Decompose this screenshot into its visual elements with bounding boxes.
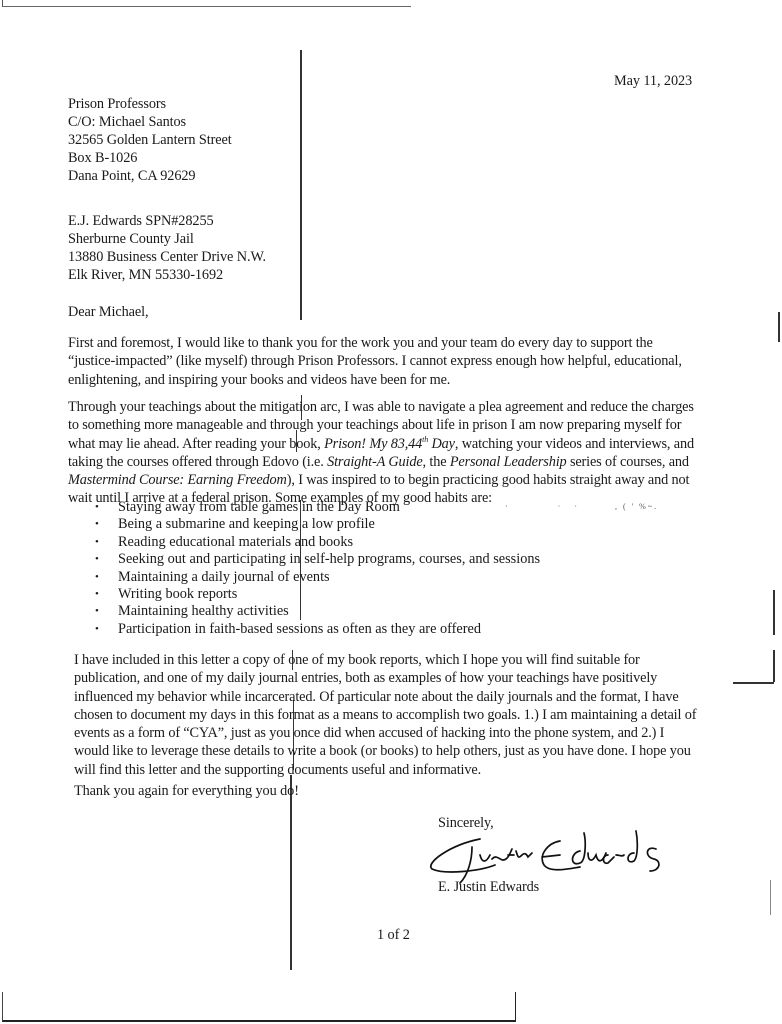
- paragraph-line: Through your teachings about the mitigat…: [68, 398, 694, 416]
- fold-line: [290, 775, 292, 970]
- paragraph-line: taking the courses offered through Edovo…: [68, 453, 694, 471]
- margin-mark: [773, 650, 775, 682]
- book-title: Prison! My 83,44th Day: [324, 436, 455, 452]
- paragraph-intro: First and foremost, I would like to than…: [68, 334, 682, 389]
- paragraph-teachings: Through your teachings about the mitigat…: [68, 398, 694, 508]
- course-title: Mastermind Course: Earning Freedom: [68, 472, 287, 488]
- list-item: •Maintaining a daily journal of events: [95, 569, 540, 586]
- bullet-icon: •: [95, 499, 99, 516]
- bullet-icon: •: [95, 534, 99, 551]
- list-item: •Maintaining healthy activities: [95, 603, 540, 620]
- bullet-icon: •: [95, 586, 99, 603]
- scan-edge-bottom: [2, 992, 516, 1022]
- paragraph-line: “justice-impacted” (like myself) through…: [68, 352, 682, 370]
- paragraph-line: publication, and one of my daily journal…: [74, 669, 696, 687]
- list-item: •Seeking out and participating in self-h…: [95, 551, 540, 568]
- paragraph-line: what may lie ahead. After reading your b…: [68, 435, 694, 453]
- letter-page: · · · , ( ' %~. May 11, 2023 Prison Prof…: [0, 0, 782, 1024]
- paragraph-line: chosen to document my days in this forma…: [74, 706, 696, 724]
- paragraph-enclosures: I have included in this letter a copy of…: [74, 651, 696, 779]
- sender-line: Sherburne County Jail: [68, 230, 266, 248]
- course-title: Personal Leadership: [450, 454, 567, 470]
- fold-line: [300, 50, 302, 320]
- paragraph-line: enlightening, and inspiring your books a…: [68, 371, 682, 389]
- paragraph-line: to something more manageable and through…: [68, 416, 694, 434]
- scan-edge-top: [2, 0, 411, 7]
- list-item: •Staying away from table games in the Da…: [95, 499, 540, 516]
- recipient-line: C/O: Michael Santos: [68, 113, 232, 131]
- list-item: •Participation in faith-based sessions a…: [95, 621, 540, 638]
- signature-icon: [420, 825, 690, 885]
- margin-mark: [778, 312, 780, 342]
- salutation: Dear Michael,: [68, 303, 148, 321]
- list-item: •Being a submarine and keeping a low pro…: [95, 516, 540, 533]
- sender-line: Elk River, MN 55330-1692: [68, 266, 266, 284]
- closing-line: Thank you again for everything you do!: [74, 782, 299, 800]
- paragraph-line: would like to leverage these details to …: [74, 742, 696, 760]
- signer-name: E. Justin Edwards: [438, 878, 539, 896]
- paragraph-line: First and foremost, I would like to than…: [68, 334, 682, 352]
- bullet-icon: •: [95, 551, 99, 568]
- paragraph-line: Mastermind Course: Earning Freedom), I w…: [68, 471, 694, 489]
- recipient-line: Prison Professors: [68, 95, 232, 113]
- sender-line: E.J. Edwards SPN#28255: [68, 212, 266, 230]
- paragraph-line: will find this letter and the supporting…: [74, 761, 696, 779]
- course-title: Straight-A Guide: [327, 454, 422, 470]
- bullet-icon: •: [95, 516, 99, 533]
- sender-line: 13880 Business Center Drive N.W.: [68, 248, 266, 266]
- margin-mark: [733, 682, 774, 684]
- list-item: •Reading educational materials and books: [95, 534, 540, 551]
- recipient-address: Prison Professors C/O: Michael Santos 32…: [68, 95, 232, 185]
- recipient-line: Box B-1026: [68, 149, 232, 167]
- list-item: •Writing book reports: [95, 586, 540, 603]
- page-indicator: 1 of 2: [377, 926, 410, 944]
- sender-address: E.J. Edwards SPN#28255 Sherburne County …: [68, 212, 266, 284]
- margin-mark: [773, 590, 775, 635]
- paragraph-line: events as a form of “CYA”, just as you o…: [74, 724, 696, 742]
- habits-list: •Staying away from table games in the Da…: [95, 499, 540, 638]
- margin-mark: [770, 880, 771, 915]
- bullet-icon: •: [95, 621, 99, 638]
- recipient-line: Dana Point, CA 92629: [68, 167, 232, 185]
- bullet-icon: •: [95, 569, 99, 586]
- paragraph-line: I have included in this letter a copy of…: [74, 651, 696, 669]
- paragraph-line: influenced my behavior while incarcerate…: [74, 688, 696, 706]
- letter-date: May 11, 2023: [614, 72, 692, 90]
- bullet-icon: •: [95, 603, 99, 620]
- recipient-line: 32565 Golden Lantern Street: [68, 131, 232, 149]
